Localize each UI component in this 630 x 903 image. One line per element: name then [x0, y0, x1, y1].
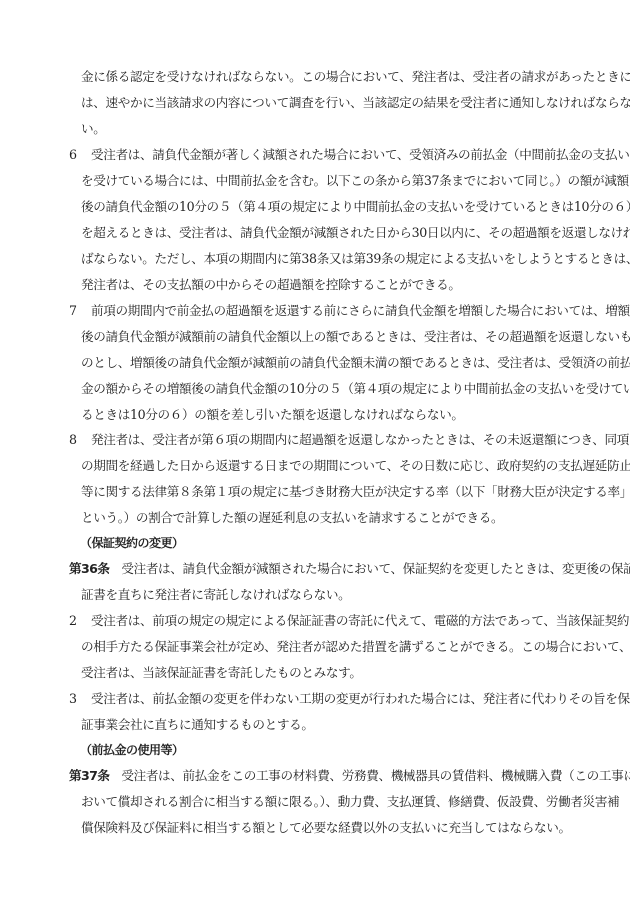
paragraph-8-first-line: 8発注者は、受注者が第６項の期間内に超過額を返還しなかったときは、その未返還額に… — [69, 432, 629, 448]
paragraph-number: 3 — [69, 691, 91, 707]
text-line: を超えるときは、受注者は、請負代金額が減額された日から30日以内に、その超過額を… — [81, 225, 630, 241]
text-line: のとし、増額後の請負代金額が減額前の請負代金額未満の額であるときは、受注者は、受… — [81, 355, 630, 371]
text-line: という。）の割合で計算した額の遅延利息の支払いを請求することができる。 — [81, 510, 503, 526]
paragraph-3-first-line: 3受注者は、前払金額の変更を伴わない工期の変更が行われた場合には、発注者に代わり… — [69, 691, 630, 707]
text-line: の期間を経過した日から返還する日までの期間について、その日数に応じ、政府契約の支… — [81, 458, 630, 474]
text-line: を受けている場合には、中間前払金を含む。以下この条から第37条までにおいて同じ。… — [81, 173, 629, 189]
text-line: 受注者は、前項の規定の規定による保証証書の寄託に代えて、電磁的方法であって、当該… — [91, 613, 629, 628]
paragraph-7-first-line: 7前項の期間内で前金払の超過額を返還する前にさらに請負代金額を増額した場合におい… — [69, 303, 630, 319]
text-line: 証書を直ちに発注者に寄託しなければならない。 — [81, 587, 350, 603]
text-line: 発注者は、その支払額の中からその超過額を控除することができる。 — [81, 277, 461, 293]
text-line: 後の請負代金額が減額前の請負代金額以上の額であるときは、受注者は、その超過額を返… — [81, 329, 630, 345]
text-line: 受注者は、請負代金額が減額された場合において、保証契約を変更したときは、変更後の… — [121, 561, 630, 576]
text-line: 受注者は、当該保証証書を寄託したものとみなす。 — [81, 665, 362, 681]
article-number: 第36条 — [69, 561, 109, 576]
text-line: 後の請負代金額の10分の５（第４項の規定により中間前払金の支払いを受けているとき… — [81, 199, 630, 215]
text-line: おいて償却される割合に相当する額に限る。）、動力費、支払運賃、修繕費、仮設費、労… — [81, 794, 619, 810]
paragraph-2-first-line: 2受注者は、前項の規定の規定による保証証書の寄託に代えて、電磁的方法であって、当… — [69, 613, 629, 629]
text-line: 証事業会社に直ちに通知するものとする。 — [81, 717, 314, 733]
text-line: の相手方たる保証事業会社が定め、発注者が認めた措置を講ずることができる。この場合… — [81, 639, 630, 655]
article-36-first-line: 第36条受注者は、請負代金額が減額された場合において、保証契約を変更したときは、… — [69, 561, 630, 577]
text-line: 受注者は、前払金をこの工事の材料費、労務費、機械器具の賃借料、機械購入費（この工… — [121, 768, 630, 783]
text-line: 前項の期間内で前金払の超過額を返還する前にさらに請負代金額を増額した場合において… — [91, 303, 630, 318]
text-line: 金の額からその増額後の請負代金額の10分の５（第４項の規定により中間前払金の支払… — [81, 381, 630, 397]
document-page: 金に係る認定を受けなければならない。この場合において、発注者は、受注者の請求があ… — [0, 0, 630, 903]
paragraph-number: 2 — [69, 613, 91, 629]
paragraph-number: 6 — [69, 147, 91, 163]
text-line: 償保険料及び保証料に相当する額として必要な経費以外の支払いに充当してはならない。 — [81, 820, 571, 836]
text-line: い。 — [81, 121, 106, 137]
text-line: は、速やかに当該請求の内容について調査を行い、当該認定の結果を受注者に通知しなけ… — [81, 95, 630, 111]
section-heading: （前払金の使用等） — [80, 742, 184, 758]
text-line: 金に係る認定を受けなければならない。この場合において、発注者は、受注者の請求があ… — [81, 69, 630, 85]
text-line: 受注者は、請負代金額が著しく減額された場合において、受領済みの前払金（中間前払金… — [91, 147, 629, 162]
text-line: 等に関する法律第８条第１項の規定に基づき財務大臣が決定する率（以下「財務大臣が決… — [81, 484, 630, 500]
article-number: 第37条 — [69, 768, 109, 783]
text-line: 発注者は、受注者が第６項の期間内に超過額を返還しなかったときは、その未返還額につ… — [91, 432, 629, 447]
text-line: ばならない。ただし、本項の期間内に第38条又は第39条の規定による支払いをしよう… — [81, 251, 630, 267]
section-heading: （保証契約の変更） — [80, 535, 184, 551]
paragraph-number: 8 — [69, 432, 91, 448]
text-line: るときは10分の６）の額を差し引いた額を返還しなければならない。 — [81, 407, 464, 423]
paragraph-6-first-line: 6受注者は、請負代金額が著しく減額された場合において、受領済みの前払金（中間前払… — [69, 147, 629, 163]
text-line: 受注者は、前払金額の変更を伴わない工期の変更が行われた場合には、発注者に代わりそ… — [91, 691, 630, 706]
article-37-first-line: 第37条受注者は、前払金をこの工事の材料費、労務費、機械器具の賃借料、機械購入費… — [69, 768, 630, 784]
paragraph-number: 7 — [69, 303, 91, 319]
